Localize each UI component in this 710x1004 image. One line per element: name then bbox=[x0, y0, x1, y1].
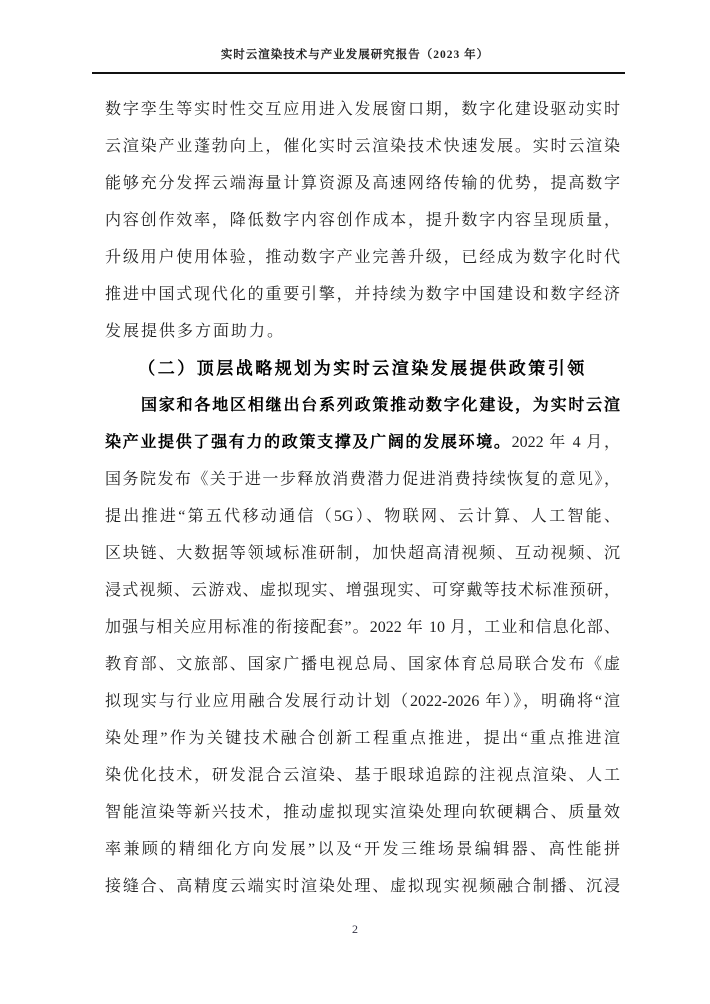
para1-line-6: 推进中国式现代化的重要引擎，并持续为数字中国建设和数字经济 bbox=[105, 276, 620, 313]
para2-line-13: 率兼顾的精细化方向发展”以及“开发三维场景编辑器、高性能拼 bbox=[105, 831, 620, 868]
para2-line-1: 国家和各地区相继出台系列政策推动数字化建设，为实时云渲 bbox=[105, 387, 620, 424]
para1-line-1: 数字孪生等实时性交互应用进入发展窗口期，数字化建设驱动实时 bbox=[105, 91, 620, 128]
document-page: 实时云渲染技术与产业发展研究报告（2023 年） 数字孪生等实时性交互应用进入发… bbox=[0, 0, 710, 1004]
para2-line-14: 接缝合、高精度云端实时渲染处理、虚拟现实视频融合制播、沉浸 bbox=[105, 868, 620, 905]
para2-date-text: 2022 年 4 月， bbox=[512, 434, 620, 451]
section-heading: （二）顶层战略规划为实时云渲染发展提供政策引领 bbox=[105, 350, 620, 387]
para2-line-4: 提出推进“第五代移动通信（5G）、物联网、云计算、人工智能、 bbox=[105, 498, 620, 535]
running-header-title: 实时云渲染技术与产业发展研究报告（2023 年） bbox=[0, 46, 710, 62]
para1-line-5: 升级用户使用体验，推动数字产业完善升级，已经成为数字化时代 bbox=[105, 239, 620, 276]
para2-line-10: 染处理”作为关键技术融合创新工程重点推进，提出“重点推进渲 bbox=[105, 720, 620, 757]
page-number: 2 bbox=[0, 922, 710, 937]
para2-line-3: 国务院发布《关于进一步释放消费潜力促进消费持续恢复的意见》， bbox=[105, 461, 620, 498]
para2-line-11: 染优化技术，研发混合云渲染、基于眼球追踪的注视点渲染、人工 bbox=[105, 757, 620, 794]
page-body: 数字孪生等实时性交互应用进入发展窗口期，数字化建设驱动实时 云渲染产业蓬勃向上，… bbox=[105, 91, 620, 905]
para1-line-3: 能够充分发挥云端海量计算资源及高速网络传输的优势，提高数字 bbox=[105, 165, 620, 202]
para2-line-7: 加强与相关应用标准的衔接配套”。2022 年 10 月，工业和信息化部、 bbox=[105, 609, 620, 646]
para2-line-9: 拟现实与行业应用融合发展行动计划（2022-2026 年）》，明确将“渲 bbox=[105, 683, 620, 720]
para2-line-5: 区块链、大数据等领域标准研制，加快超高清视频、互动视频、沉 bbox=[105, 535, 620, 572]
para2-bold-sentence-end: 染产业提供了强有力的政策支撑及广阔的发展环境。 bbox=[105, 434, 512, 451]
para2-line-8: 教育部、文旅部、国家广播电视总局、国家体育总局联合发布《虚 bbox=[105, 646, 620, 683]
para1-line-4: 内容创作效率，降低数字内容创作成本，提升数字内容呈现质量， bbox=[105, 202, 620, 239]
para1-line-7: 发展提供多方面助力。 bbox=[105, 313, 620, 350]
para2-line-2: 染产业提供了强有力的政策支撑及广阔的发展环境。2022 年 4 月， bbox=[105, 424, 620, 461]
para1-line-2: 云渲染产业蓬勃向上，催化实时云渲染技术快速发展。实时云渲染 bbox=[105, 128, 620, 165]
para2-bold-sentence-start: 国家和各地区相继出台系列政策推动数字化建设，为实时云渲 bbox=[141, 397, 620, 414]
para2-line-6: 浸式视频、云游戏、虚拟现实、增强现实、可穿戴等技术标准预研， bbox=[105, 572, 620, 609]
para2-line-12: 智能渲染等新兴技术，推动虚拟现实渲染处理向软硬耦合、质量效 bbox=[105, 794, 620, 831]
header-rule-divider bbox=[92, 72, 625, 74]
